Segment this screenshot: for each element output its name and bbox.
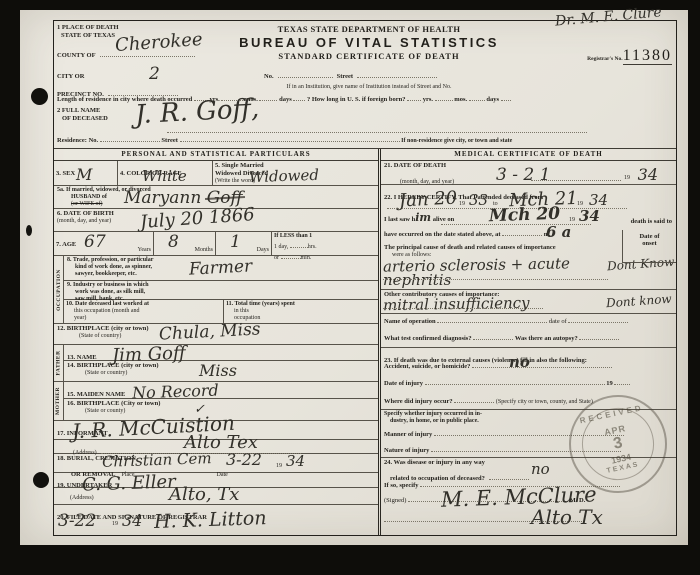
field-principal-cause-value: arterio sclerosis + acute nephritis Dont… — [381, 260, 676, 290]
file-year-value: 34 — [122, 513, 142, 529]
personal-header: PERSONAL AND STATISTICAL PARTICULARS — [54, 149, 378, 161]
age-months-value: 8 — [168, 234, 179, 251]
institution-note: If in an Institution, give name of Insti… — [204, 84, 534, 91]
field-total-time: 11. Total time (years) spent in this occ… — [224, 300, 378, 324]
field-23-header: 23. If death was due to external causes … — [381, 348, 676, 359]
field-sex-race-marital: 3. SEX M 4. COLOR OR RACE White 5. Singl… — [54, 161, 378, 186]
certificate-form: 1 PLACE OF DEATH STATE OF TEXAS COUNTY O… — [53, 20, 677, 536]
medical-column: MEDICAL CERTIFICATE OF DEATH 21. DATE OF… — [381, 149, 676, 535]
father-group: FATHER 13. NAME Jim Goff 14. BIRTHPLACE … — [54, 345, 378, 382]
punch-hole-bottom — [33, 472, 49, 488]
date-of-onset-box: Date of onset — [622, 230, 676, 263]
field-contributory: Other contributory causes of importance:… — [381, 290, 676, 314]
field-informant: 17. INFORMANT J. R. McCuistion — [54, 421, 378, 440]
undertaker-address-value: Alto, Tx — [169, 486, 239, 504]
residence-label: Residence: No. — [57, 137, 98, 144]
field-marital: 5. Single Married Widowed Divorced (Writ… — [213, 161, 378, 185]
state-label: STATE OF TEXAS — [61, 32, 227, 40]
field-birthplace: 12. BIRTHPLACE (city or town) (State of … — [54, 324, 378, 345]
street-label: Street — [337, 73, 353, 80]
county-label: COUNTY OF — [57, 52, 96, 59]
field-registrar-signature: 3-22 19 34 H. K. Litton — [54, 515, 378, 531]
certificate-title: STANDARD CERTIFICATE OF DEATH — [204, 51, 534, 61]
death-year-value: 34 — [638, 167, 658, 183]
columns: PERSONAL AND STATISTICAL PARTICULARS 3. … — [54, 149, 676, 535]
city-or-label: CITY OR — [57, 73, 84, 80]
field-date-of-birth: 6. DATE OF BIRTH (month, day, and year) … — [54, 209, 378, 232]
field-last-saw: I last saw him alive on Mch 20 19 34 dea… — [381, 211, 676, 227]
field-mother-birthplace: 16. BIRTHPLACE (City or town) (State or … — [64, 399, 378, 420]
residence-length-label: Length of residence in city where death … — [57, 96, 192, 103]
field-mother-name: 15. MAIDEN NAME No Record — [64, 382, 378, 399]
full-name-label2: OF DECEASED — [62, 115, 677, 123]
field-operation: Name of operation date of — [381, 314, 676, 331]
registrar-number-block: Registrar's No.11380 — [587, 47, 672, 65]
field-age: 7. AGE 67 Years 8 Months 1 Days If LESS … — [54, 232, 378, 256]
sex-value: M — [76, 167, 92, 183]
place-of-death-label: 1 PLACE OF DEATH — [57, 24, 227, 32]
department-title: TEXAS STATE DEPARTMENT OF HEALTH — [204, 24, 534, 34]
field-date-of-death: 21. DATE OF DEATH (month, day, and year)… — [381, 161, 676, 185]
personal-column: PERSONAL AND STATISTICAL PARTICULARS 3. … — [54, 149, 381, 535]
field-registrar: 20. FILE DATE AND SIGNATURE OF REGISTRAR — [54, 505, 378, 515]
mother-group: MOTHER 15. MAIDEN NAME No Record 16. BIR… — [54, 382, 378, 421]
registrar-label: Registrar's No. — [587, 56, 622, 62]
certificate-paper: Dr. M. E. Clure 1 PLACE OF DEATH STATE O… — [20, 10, 688, 545]
street-no-label: No. — [264, 73, 274, 80]
field-sex: 3. SEX M — [54, 161, 118, 185]
medical-header: MEDICAL CERTIFICATE OF DEATH — [381, 149, 676, 161]
field-injury-date: Date of injury 19 — [381, 376, 676, 394]
film-speck — [26, 225, 32, 236]
field-informant-address: (Address) Alto Tex — [54, 440, 378, 454]
punch-hole-top — [31, 88, 48, 105]
field-physician-address: Alto Tx — [381, 513, 676, 531]
field-burial: 18. BURIAL, CREMATION, OR REMOVAL Place … — [54, 454, 378, 473]
registrar-number: 11380 — [623, 47, 672, 65]
field-spouse: 5a. If married, widowed, or divorced HUS… — [54, 186, 378, 209]
field-undertaker: 19. UNDERTAKER C. G. Eller — [54, 473, 378, 488]
field-trade: 8. Trade, profession, or particular kind… — [64, 256, 378, 281]
field-father-name: 13. NAME Jim Goff — [64, 345, 378, 361]
field-father-birthplace: 14. BIRTHPLACE (city or town) (State or … — [64, 361, 378, 381]
top-section: 1 PLACE OF DEATH STATE OF TEXAS COUNTY O… — [54, 21, 676, 149]
occupation-group: OCCUPATION 8. Trade, profession, or part… — [54, 256, 378, 324]
mother-vertical-label: MOTHER — [54, 382, 64, 420]
bureau-title: BUREAU OF VITAL STATISTICS — [204, 35, 534, 50]
field-accident: Accident, suicide, or homicide? no — [381, 359, 676, 376]
field-signed: (Signed) M. D. M. E. McClure — [381, 493, 676, 513]
file-date-value: 3-22 — [58, 513, 96, 530]
field-undertaker-address: (Address) Alto, Tx — [54, 488, 378, 505]
occupation-vertical-label: OCCUPATION — [54, 256, 64, 323]
field-last-worked: 10. Date deceased last worked at this oc… — [64, 300, 378, 324]
father-vertical-label: FATHER — [54, 345, 64, 381]
age-years-value: 67 — [84, 234, 106, 251]
field-test-autopsy: What test confirmed diagnosis? Was there… — [381, 331, 676, 348]
full-name-row: 2 FULL NAME OF DECEASED J. R. Goff, — [57, 107, 677, 123]
field-certify: 22. I HEREBY CERTIFY, That I attended de… — [381, 185, 676, 195]
field-attended-dates: Jan 20 19 33 to Mch 21 19 34 — [381, 195, 676, 211]
place-of-death-block: 1 PLACE OF DEATH STATE OF TEXAS COUNTY O… — [57, 24, 227, 101]
field-industry: 9. Industry or business in which work wa… — [64, 281, 378, 300]
full-name-label1: 2 FULL NAME — [57, 107, 677, 115]
nonresidence-note: If non-residence give city, or town and … — [401, 138, 512, 144]
residence-length-row: Length of residence in city where death … — [57, 93, 673, 103]
residence-row: Residence: No. Street If non-residence g… — [57, 134, 673, 144]
foreign-born-label: How long in U. S. if foreign born? — [312, 96, 406, 103]
field-race: 4. COLOR OR RACE White — [118, 161, 213, 185]
title-block: TEXAS STATE DEPARTMENT OF HEALTH BUREAU … — [204, 24, 534, 91]
age-days-value: 1 — [230, 234, 241, 251]
